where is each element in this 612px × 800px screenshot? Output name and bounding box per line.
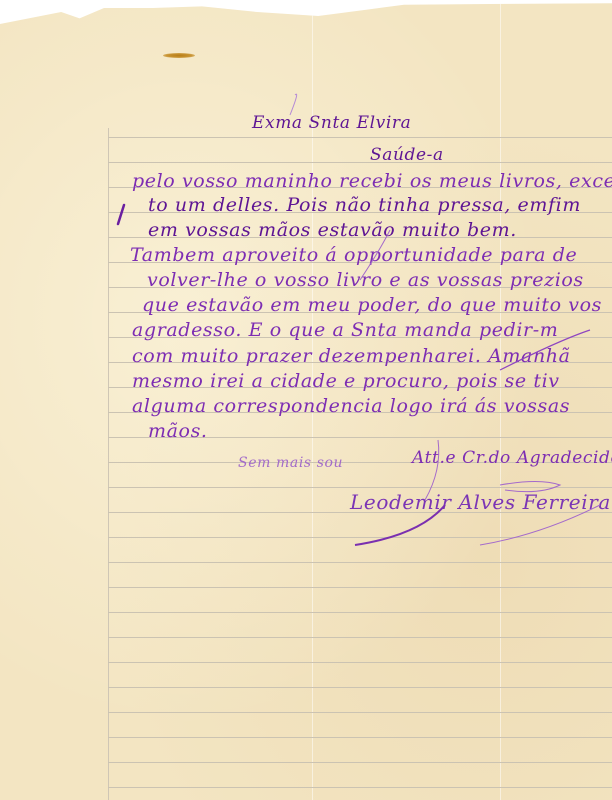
- letter-paper: Exma Snta Elvira Saúde-a pelo vosso mani…: [0, 0, 612, 800]
- pen-flourish-icon: [0, 0, 612, 800]
